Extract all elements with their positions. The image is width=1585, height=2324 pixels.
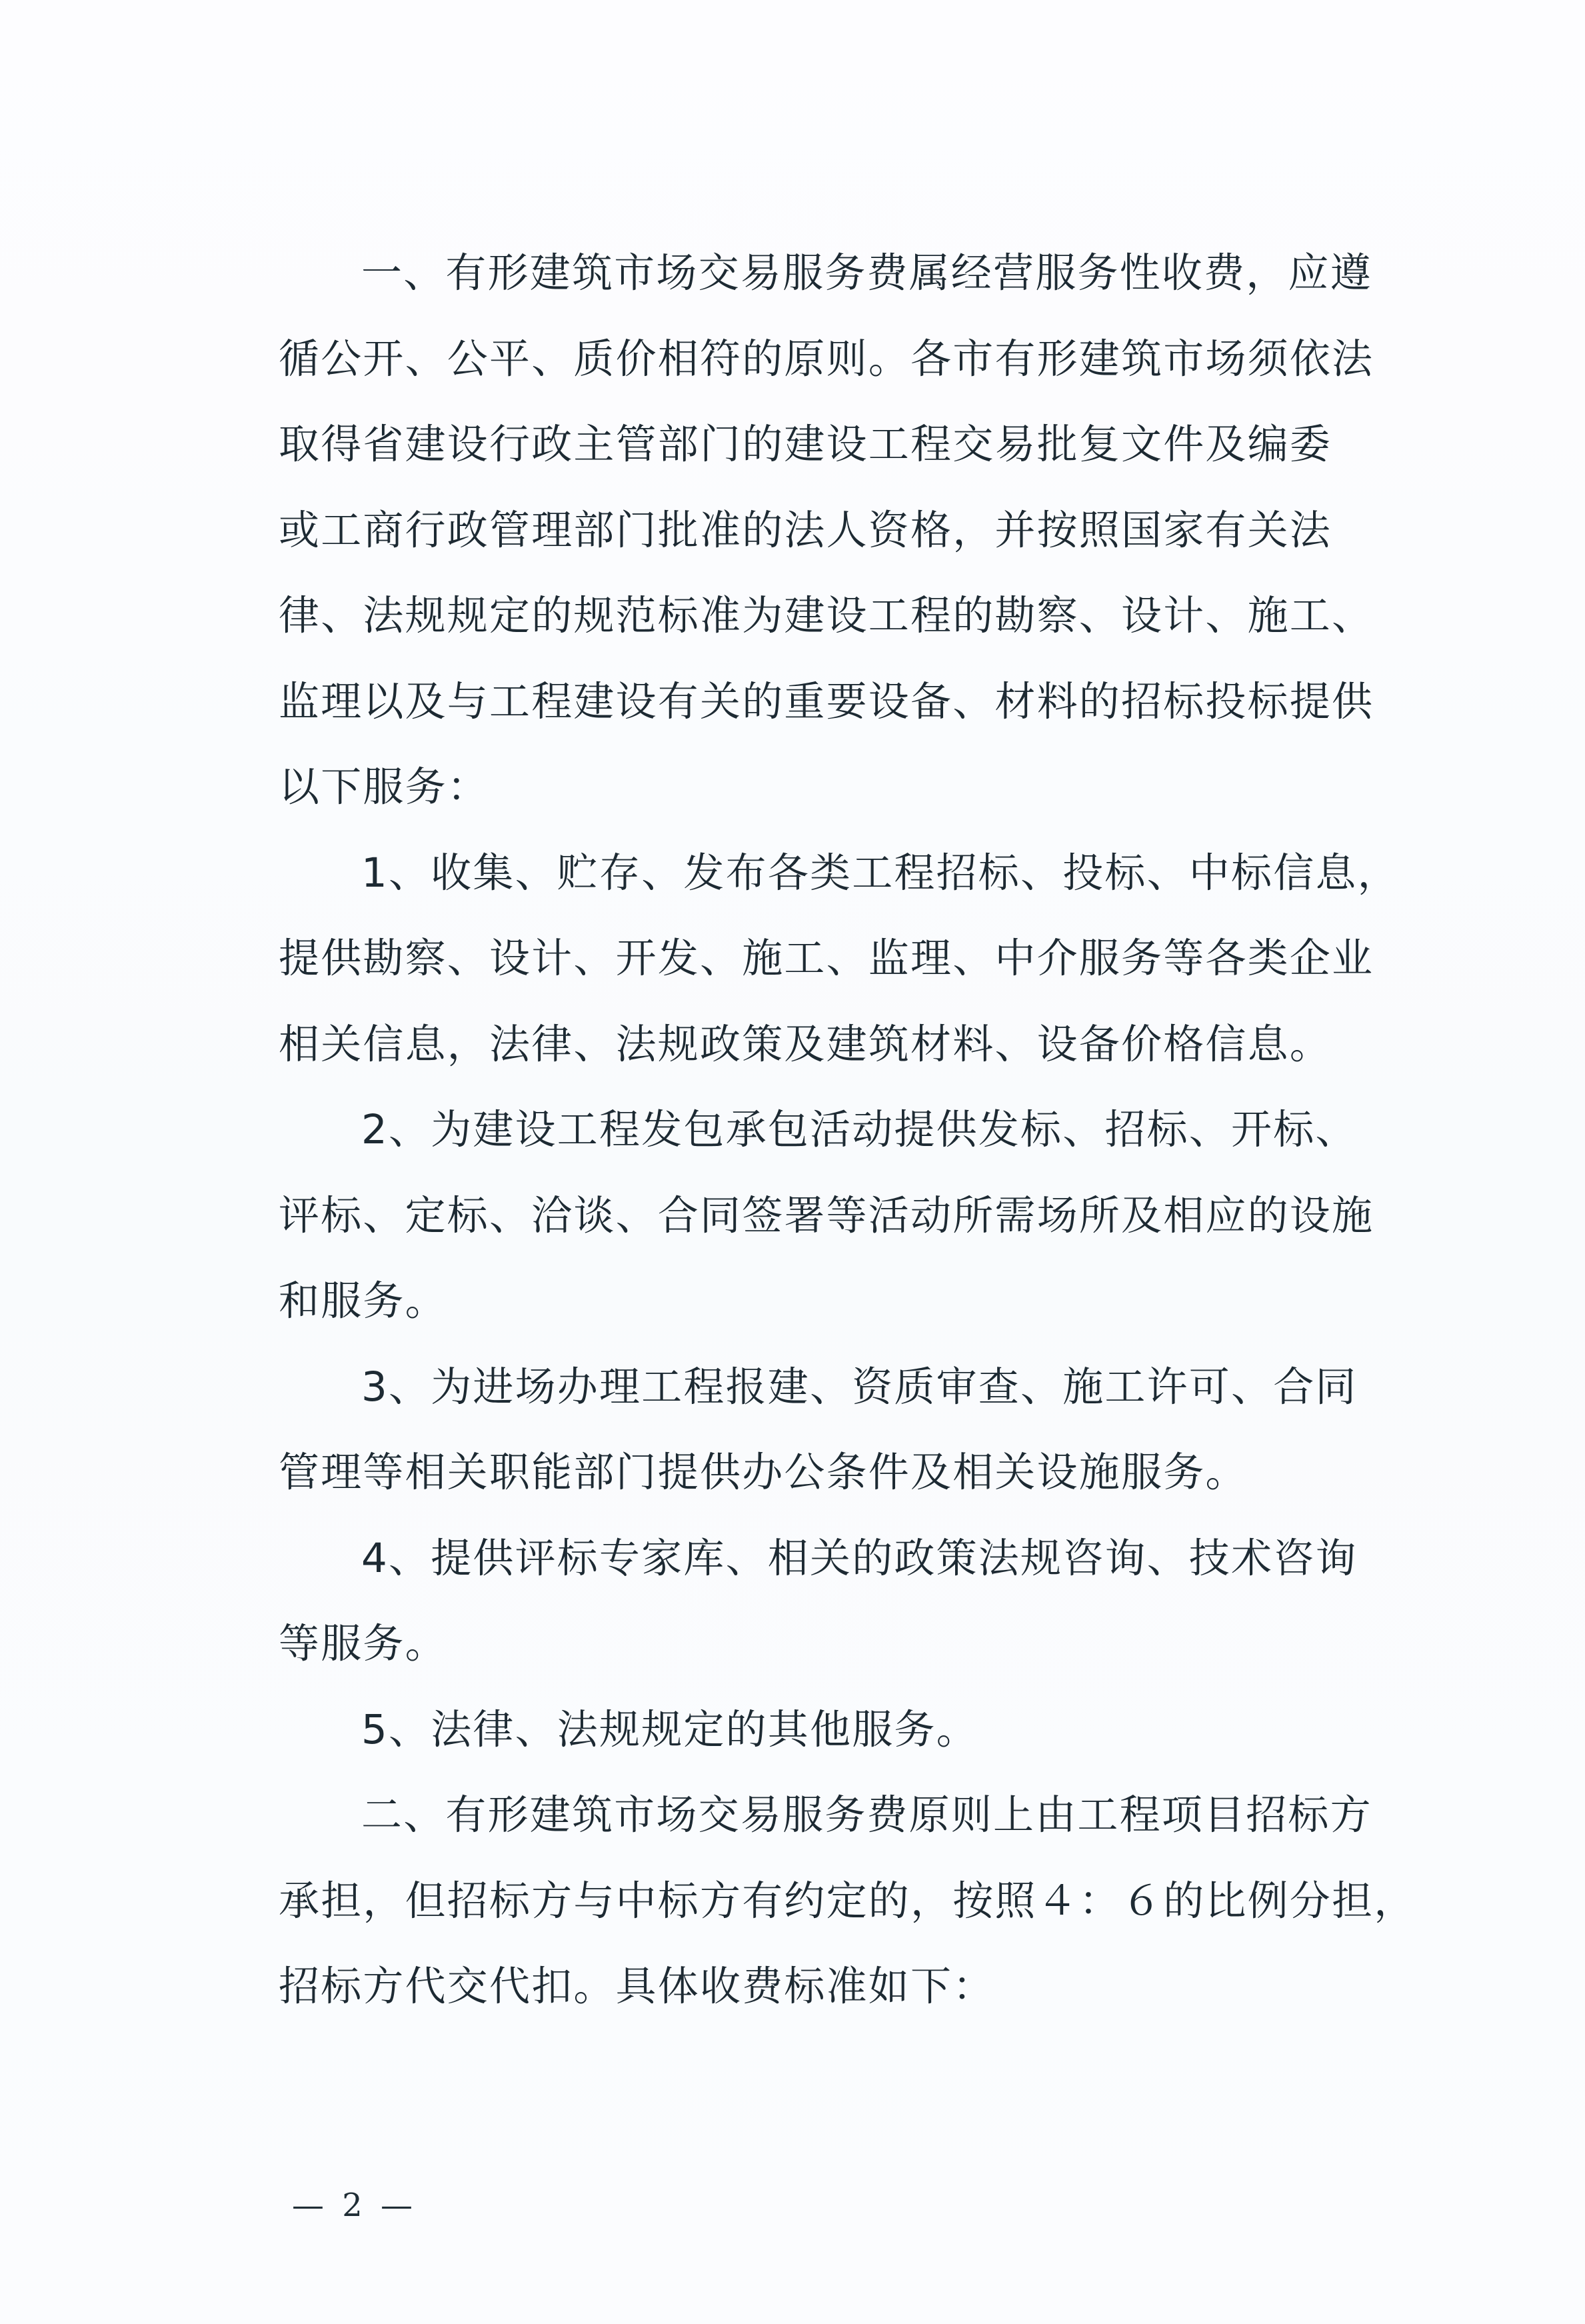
paragraph-1-line-3: 取得省建设行政主管部门的建设工程交易批复文件及编委 bbox=[279, 418, 1426, 504]
item-1-line-2: 提供勘察、设计、开发、施工、监理、中介服务等各类企业 bbox=[279, 932, 1426, 1018]
item-4-line-1: 4、提供评标专家库、相关的政策法规咨询、技术咨询 bbox=[279, 1532, 1426, 1618]
paragraph-1-line-2: 循公开、公平、质价相符的原则。各市有形建筑市场须依法 bbox=[279, 333, 1426, 419]
page-number: — 2 — bbox=[292, 2187, 417, 2224]
item-3-line-2: 管理等相关职能部门提供办公条件及相关设施服务。 bbox=[279, 1446, 1426, 1532]
item-2-line-3: 和服务。 bbox=[279, 1275, 1426, 1361]
paragraph-1-line-4: 或工商行政管理部门批准的法人资格，并按照国家有关法 bbox=[279, 504, 1426, 590]
paragraph-2-line-2: 承担，但招标方与中标方有约定的，按照４：６的比例分担， bbox=[279, 1875, 1426, 1961]
paragraph-1-line-1: 一、有形建筑市场交易服务费属经营服务性收费，应遵 bbox=[279, 247, 1426, 333]
item-2-line-2: 评标、定标、洽谈、合同签署等活动所需场所及相应的设施 bbox=[279, 1189, 1426, 1275]
paragraph-1-line-7: 以下服务： bbox=[279, 761, 1426, 847]
item-1-line-1: 1、收集、贮存、发布各类工程招标、投标、中标信息， bbox=[279, 847, 1426, 933]
paragraph-2-line-3: 招标方代交代扣。具体收费标准如下： bbox=[279, 1960, 1426, 2046]
item-5-line-1: 5、法律、法规规定的其他服务。 bbox=[279, 1703, 1426, 1789]
document-body: 一、有形建筑市场交易服务费属经营服务性收费，应遵 循公开、公平、质价相符的原则。… bbox=[279, 247, 1426, 2046]
scanned-page: 一、有形建筑市场交易服务费属经营服务性收费，应遵 循公开、公平、质价相符的原则。… bbox=[0, 0, 1585, 2324]
paragraph-2-line-1: 二、有形建筑市场交易服务费原则上由工程项目招标方 bbox=[279, 1789, 1426, 1875]
paragraph-1-line-6: 监理以及与工程建设有关的重要设备、材料的招标投标提供 bbox=[279, 675, 1426, 761]
paragraph-1-line-5: 律、法规规定的规范标准为建设工程的勘察、设计、施工、 bbox=[279, 589, 1426, 675]
item-2-line-1: 2、为建设工程发包承包活动提供发标、招标、开标、 bbox=[279, 1103, 1426, 1189]
item-1-line-3: 相关信息，法律、法规政策及建筑材料、设备价格信息。 bbox=[279, 1018, 1426, 1104]
item-4-line-2: 等服务。 bbox=[279, 1617, 1426, 1703]
item-3-line-1: 3、为进场办理工程报建、资质审查、施工许可、合同 bbox=[279, 1361, 1426, 1447]
